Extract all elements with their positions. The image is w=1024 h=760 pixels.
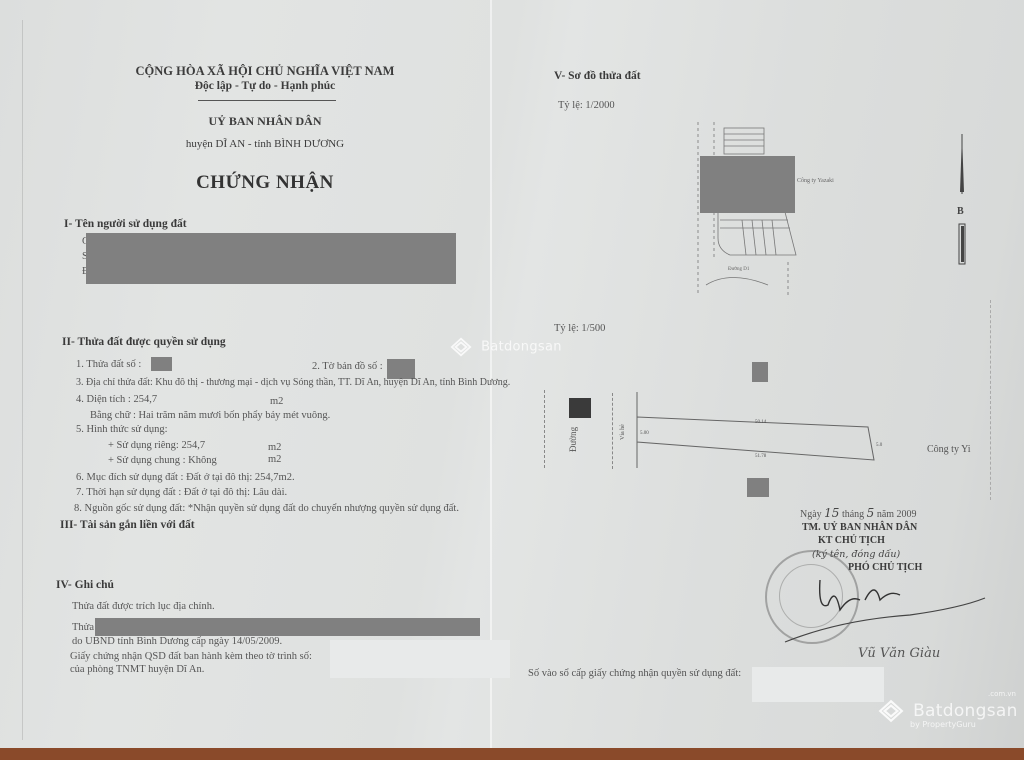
- shared-use-unit: m2: [268, 454, 281, 465]
- note-4: Giấy chứng nhận QSD đất ban hành kèm the…: [70, 651, 312, 662]
- signature-date: Ngày 15 tháng 5 năm 2009: [800, 506, 917, 520]
- section3-heading: III- Tài sản gắn liền với đất: [60, 519, 195, 531]
- redacted-submission-number: [330, 640, 510, 678]
- parcel-number-label: 1. Thửa đất số :: [76, 359, 141, 370]
- sidewalk-label: Vỉa hè: [620, 424, 626, 440]
- section5-heading: V- Sơ đồ thửa đất: [554, 70, 641, 82]
- section1-heading: I- Tên người sử dụng đất: [64, 218, 187, 230]
- date-month: 5: [867, 506, 875, 520]
- boundary-line-mid: [612, 393, 613, 469]
- registry-label: Số vào sổ cấp giấy chứng nhận quyền sử d…: [528, 668, 741, 679]
- redacted-registry-number: [752, 667, 884, 702]
- document-title: CHỨNG NHẬN: [110, 172, 420, 194]
- area-label: 4. Diện tích : 254,7: [76, 394, 157, 405]
- overview-neighbor-label: Công ty Yazaki: [797, 178, 834, 184]
- date-day: 15: [824, 506, 839, 520]
- redacted-south-neighbor: [747, 478, 769, 497]
- parcel-diagram: 50.14 51.78 5.00 5.0: [630, 390, 890, 470]
- watermark-center: Batdongsan: [450, 336, 562, 358]
- svg-text:51.78: 51.78: [755, 454, 767, 459]
- right-margin-line: [990, 300, 991, 500]
- kt-chairman: KT CHỦ TỊCH: [818, 535, 885, 546]
- redacted-note: [95, 618, 480, 636]
- note-1: Thửa đất được trích lục địa chính.: [72, 601, 215, 612]
- scale-1-2000: Tỷ lệ: 1/2000: [558, 100, 615, 111]
- note-2-prefix: Thửa: [72, 622, 94, 633]
- area-in-words: Bằng chữ : Hai trăm năm mươi bốn phẩy bả…: [90, 410, 330, 421]
- paper-fold: [490, 0, 492, 748]
- handwritten-signature: [760, 570, 1000, 650]
- header-underline: [198, 100, 336, 101]
- redacted-parcel-number: [151, 357, 172, 371]
- redacted-owner-info: [86, 233, 456, 284]
- note-3: do UBND tỉnh Bình Dương cấp ngày 14/05/2…: [72, 636, 282, 647]
- watermark-corner: Batdongsan by PropertyGuru .com.vn: [878, 698, 1018, 724]
- area-unit: m2: [270, 396, 283, 407]
- private-use: + Sử dụng riêng: 254,7: [108, 440, 205, 451]
- scale-1-500: Tỷ lệ: 1/500: [554, 323, 605, 334]
- svg-text:5.00: 5.00: [640, 431, 649, 436]
- year-label: năm 2009: [877, 509, 917, 520]
- svg-text:B: B: [957, 206, 964, 217]
- map-sheet-label: 2. Tờ bản đồ số :: [312, 361, 383, 372]
- private-use-unit: m2: [268, 442, 281, 453]
- overview-road-label: Đường D1: [728, 267, 750, 272]
- certificate-paper: CỘNG HÒA XÃ HỘI CHỦ NGHĨA VIỆT NAM Độc l…: [0, 0, 1024, 748]
- neighbor-label: Công ty Yi: [927, 444, 971, 455]
- authority: UỶ BAN NHÂN DÂN: [110, 114, 420, 129]
- section4-heading: IV- Ghi chú: [56, 579, 114, 591]
- land-use-purpose: 6. Mục đích sử dụng đất : Đất ở tại đô t…: [76, 472, 295, 483]
- north-arrow-icon: B: [952, 132, 972, 272]
- road-label: Đường: [568, 427, 578, 452]
- land-use-origin: 8. Nguồn gốc sử dụng đất: *Nhận quyền sử…: [74, 503, 459, 514]
- redacted-road-name: [569, 398, 591, 418]
- batdongsan-logo-icon: [450, 336, 472, 358]
- note-5: của phòng TNMT huyện Dĩ An.: [70, 664, 204, 675]
- section2-heading: II- Thửa đất được quyền sử dụng: [62, 336, 226, 348]
- boundary-line-left: [544, 390, 545, 468]
- shared-use: + Sử dụng chung : Không: [108, 455, 217, 466]
- paper-edge: [22, 20, 23, 740]
- motto: Độc lập - Tự do - Hạnh phúc: [110, 80, 420, 92]
- parcel-address: 3. Địa chỉ thửa đất: Khu đô thị - thương…: [76, 377, 510, 388]
- redacted-map-sheet: [387, 359, 415, 379]
- signer-name: Vũ Văn Giàu: [858, 646, 940, 661]
- usage-form-label: 5. Hình thức sử dụng:: [76, 424, 168, 435]
- tm-committee: TM. UỶ BAN NHÂN DÂN: [802, 522, 917, 533]
- locality: huyện DĨ AN - tỉnh BÌNH DƯƠNG: [110, 138, 420, 150]
- date-prefix: Ngày: [800, 509, 822, 520]
- svg-text:50.14: 50.14: [755, 420, 767, 425]
- republic-heading: CỘNG HÒA XÃ HỘI CHỦ NGHĨA VIỆT NAM: [110, 64, 420, 79]
- land-use-duration: 7. Thời hạn sử dụng đất : Đất ở tại đô t…: [76, 487, 287, 498]
- month-label: tháng: [842, 509, 864, 520]
- svg-text:5.0: 5.0: [876, 443, 883, 448]
- redacted-map-area: [700, 156, 795, 213]
- redacted-north-neighbor: [752, 362, 768, 382]
- batdongsan-logo-icon: [878, 698, 904, 724]
